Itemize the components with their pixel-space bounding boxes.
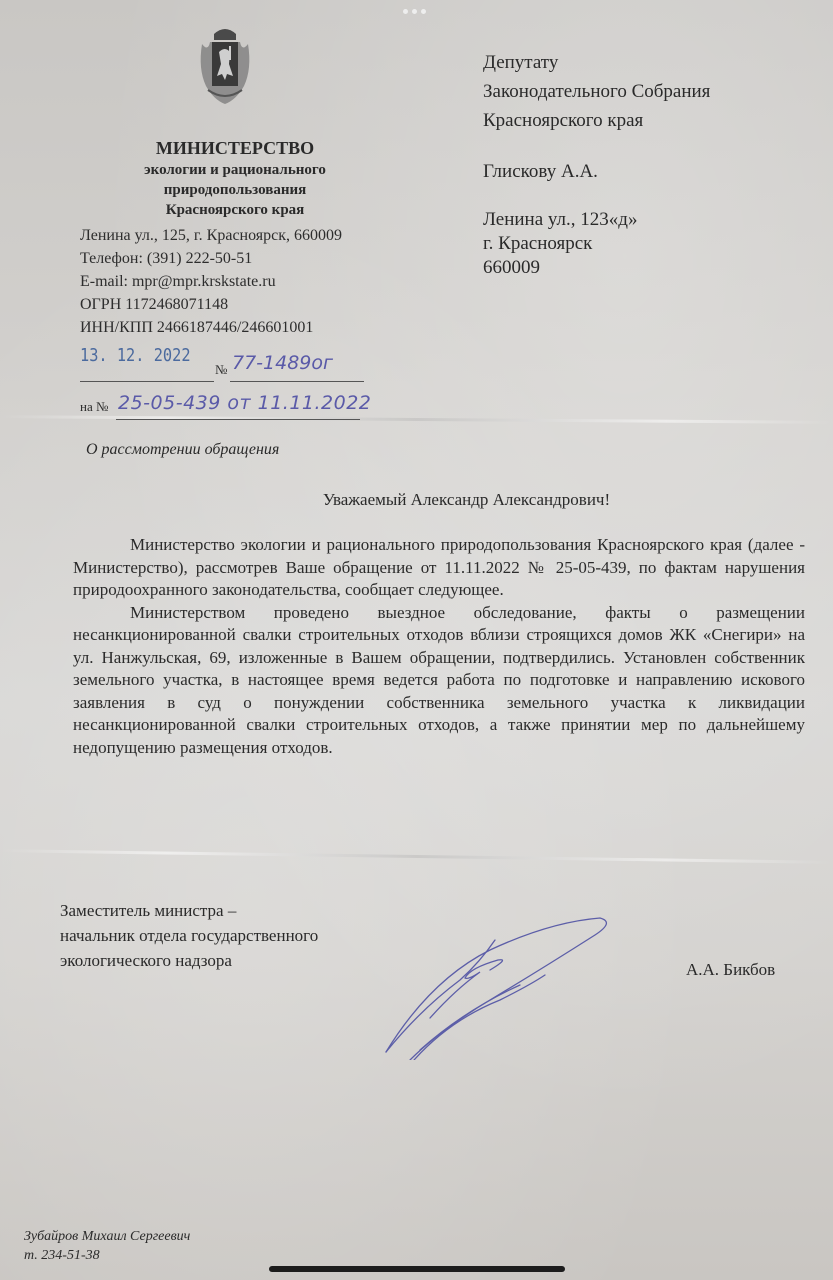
recipient-name: Глискову А.А. (483, 157, 710, 186)
home-indicator-bar[interactable] (269, 1266, 565, 1272)
reference-label: на № (80, 399, 108, 415)
recipient-address-line: г. Красноярск (483, 232, 710, 256)
body-paragraph: Министерство экологии и рационального пр… (73, 534, 805, 602)
recipient-line: Законодательного Собрания (483, 77, 710, 106)
position-line: экологического надзора (60, 948, 318, 973)
position-line: начальник отдела государственного (60, 923, 318, 948)
reference-number: 25-05-439 от 11.11.2022 (118, 392, 371, 414)
registration-date-stamp: 13. 12. 2022 (80, 345, 191, 366)
three-dots-icon[interactable] (403, 9, 426, 14)
ministry-line: природопользования (70, 180, 400, 200)
recipient-line: Красноярского края (483, 106, 710, 135)
ministry-title: МИНИСТЕРСТВО экологии и рационального пр… (70, 136, 400, 220)
contact-email: E-mail: mpr@mpr.krskstate.ru (80, 270, 342, 293)
body-paragraph: Министерством проведено выездное обследо… (73, 602, 805, 760)
ministry-line: Красноярского края (70, 200, 400, 220)
ministry-contacts: Ленина ул., 125, г. Красноярск, 660009 Т… (80, 224, 342, 339)
handwritten-signature-icon (370, 900, 610, 1060)
letter-subject: О рассмотрении обращения (86, 441, 279, 459)
contact-phone: Телефон: (391) 222-50-51 (80, 247, 342, 270)
registration-number: 77-1489ог (232, 352, 333, 374)
ministry-line: экологии и рационального (70, 160, 400, 180)
recipient-block: Депутату Законодательного Собрания Красн… (483, 48, 710, 280)
salutation: Уважаемый Александр Александрович! (0, 490, 833, 510)
recipient-line: Депутату (483, 48, 710, 77)
executor-info: Зубайров Михаил Сергеевич т. 234-51-38 (24, 1227, 190, 1265)
date-underline (80, 381, 214, 382)
reference-underline (116, 419, 360, 420)
position-line: Заместитель министра – (60, 898, 318, 923)
number-label: № (215, 362, 227, 378)
contact-inn-kpp: ИНН/КПП 2466187446/246601001 (80, 316, 342, 339)
number-underline (230, 381, 364, 382)
signer-position: Заместитель министра – начальник отдела … (60, 898, 318, 973)
ministry-line: МИНИСТЕРСТВО (70, 136, 400, 160)
executor-name: Зубайров Михаил Сергеевич (24, 1227, 190, 1246)
letter-body: Министерство экологии и рационального пр… (73, 534, 805, 759)
contact-address: Ленина ул., 125, г. Красноярск, 660009 (80, 224, 342, 247)
signer-name: А.А. Бикбов (686, 960, 775, 980)
coat-of-arms-icon (196, 24, 254, 106)
executor-phone: т. 234-51-38 (24, 1246, 190, 1265)
recipient-address-line: Ленина ул., 123«д» (483, 208, 710, 232)
recipient-address-line: 660009 (483, 256, 710, 280)
contact-ogrn: ОГРН 1172468071148 (80, 293, 342, 316)
